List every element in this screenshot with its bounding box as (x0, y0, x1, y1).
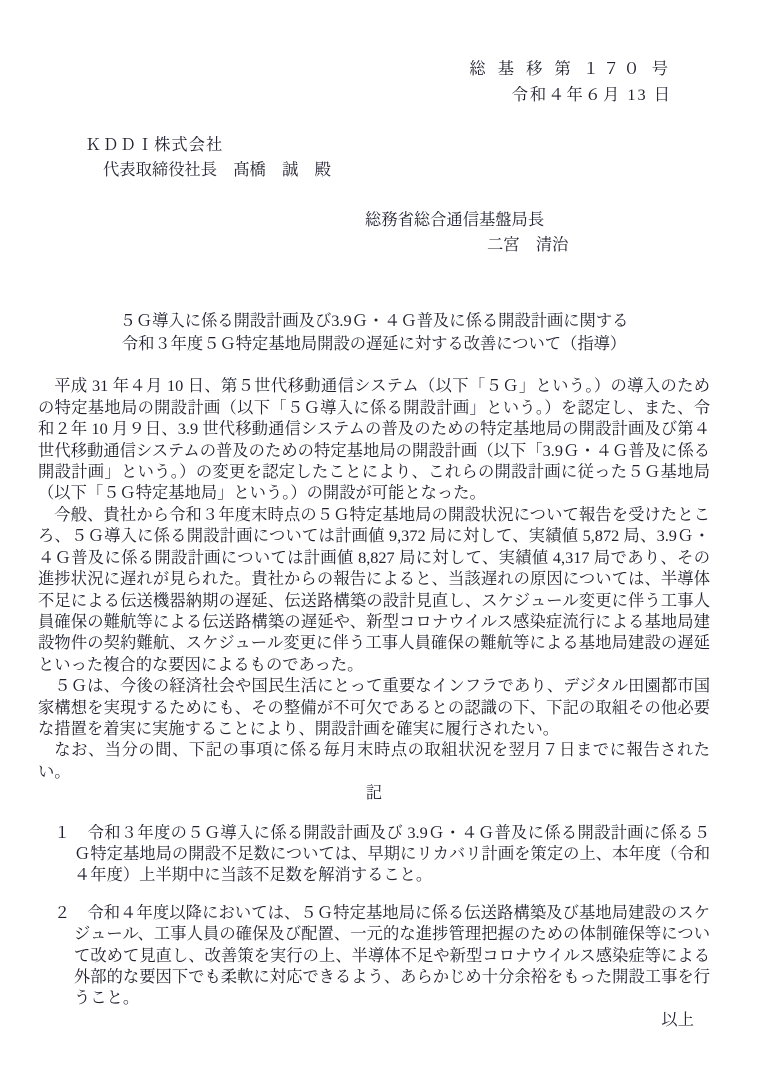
document-date: 令和４年６月 13 日 (38, 84, 710, 105)
sender-title: 総務省総合通信基盤局長 (365, 209, 710, 230)
recipient-company: ＫＤＤＩ株式会社 (85, 134, 710, 155)
document-number: 総 基 移 第 １７０ 号 (38, 58, 710, 79)
list-item: ２令和４年度以降においては、５Ｇ特定基地局に係る伝送路構築及び基地局建設のスケジ… (38, 902, 710, 1009)
subject-title-line1: ５Ｇ導入に係る開設計画及び3.9Ｇ・４Ｇ普及に係る開設計画に関する (38, 309, 710, 332)
official-letter-page: 総 基 移 第 １７０ 号 令和４年６月 13 日 ＫＤＤＩ株式会社 代表取締役… (0, 0, 762, 1080)
list-item-number: ２ (54, 903, 70, 922)
list-item: １令和３年度の５Ｇ導入に係る開設計画及び 3.9Ｇ・４Ｇ普及に係る開設計画に係る… (38, 822, 710, 886)
paragraph-background: 平成 31 年４月 10 日、第５世代移動通信システム（以下「５Ｇ」という。）の… (38, 375, 710, 503)
paragraph-report-findings: 今般、貴社から令和３年度末時点の５Ｇ特定基地局の開設状況について報告を受けたとこ… (38, 504, 710, 675)
sender-name: 二宮 清治 (487, 234, 710, 255)
list-item-text: 令和４年度以降においては、５Ｇ特定基地局に係る伝送路構築及び基地局建設のスケジュ… (74, 903, 710, 1008)
record-marker: 記 (38, 782, 710, 803)
recipient-person: 代表取締役社長 髙橋 誠 殿 (103, 159, 710, 180)
subject-title-line2: 令和３年度５Ｇ特定基地局開設の遅延に対する改善について（指導） (38, 332, 710, 355)
list-item-number: １ (54, 823, 71, 842)
closing-mark: 以上 (38, 1009, 710, 1030)
paragraph-monthly-report: なお、当分の間、下記の事項に係る毎月末時点の取組状況を翌月７日までに報告されたい… (38, 739, 710, 782)
paragraph-importance: ５Ｇは、今後の経済社会や国民生活にとって重要なインフラであり、デジタル田園都市国… (38, 675, 710, 739)
letter-body: 平成 31 年４月 10 日、第５世代移動通信システム（以下「５Ｇ」という。）の… (38, 375, 710, 782)
subject-title: ５Ｇ導入に係る開設計画及び3.9Ｇ・４Ｇ普及に係る開設計画に関する 令和３年度５… (38, 309, 710, 355)
list-item-text: 令和３年度の５Ｇ導入に係る開設計画及び 3.9Ｇ・４Ｇ普及に係る開設計画に係る５… (74, 823, 710, 885)
instruction-list: １令和３年度の５Ｇ導入に係る開設計画及び 3.9Ｇ・４Ｇ普及に係る開設計画に係る… (38, 822, 710, 1009)
